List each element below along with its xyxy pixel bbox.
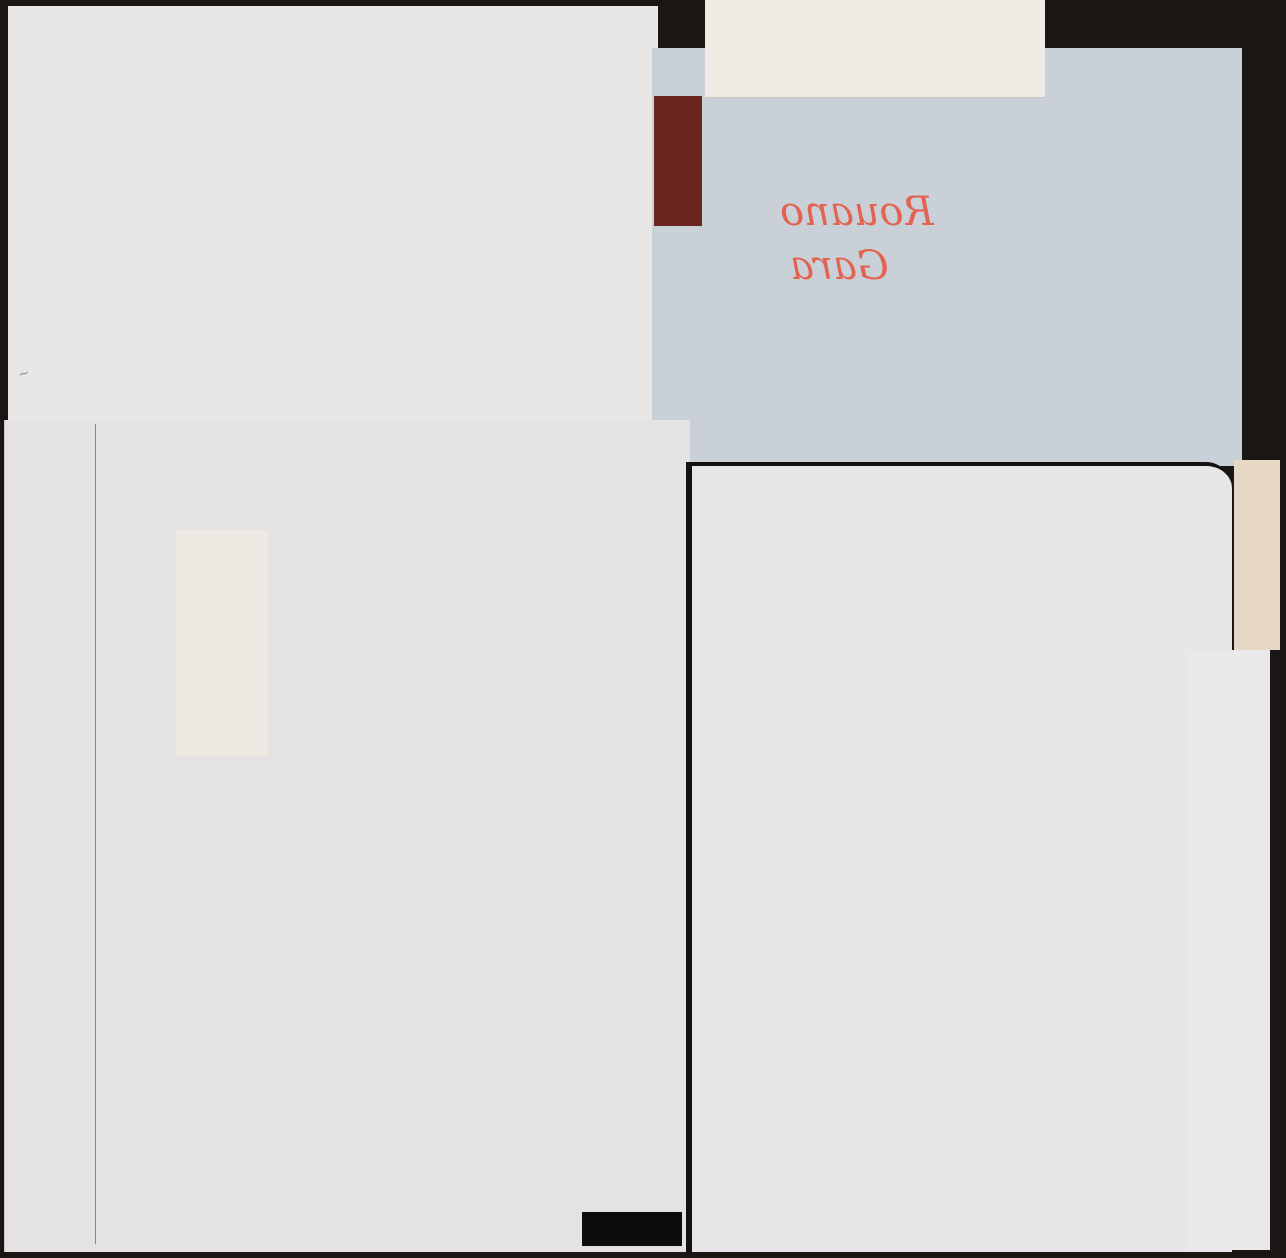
panel-top-left: [8, 6, 658, 434]
tape-top: [705, 0, 1045, 98]
tape-right: [1234, 460, 1280, 650]
oxblood-strip: [654, 96, 702, 226]
red-script-line-2: Gara: [790, 240, 889, 292]
vertical-pencil-line: [95, 424, 96, 1244]
panel-top-right-blue: [652, 48, 1242, 466]
strip-right: [1186, 650, 1270, 1250]
red-script-line-1: Rouano: [780, 186, 934, 238]
panel-bottom-left: [4, 420, 690, 1252]
pale-rectangle: [176, 530, 268, 756]
panel-bottom-right: [686, 462, 1232, 1252]
black-block: [582, 1212, 682, 1246]
